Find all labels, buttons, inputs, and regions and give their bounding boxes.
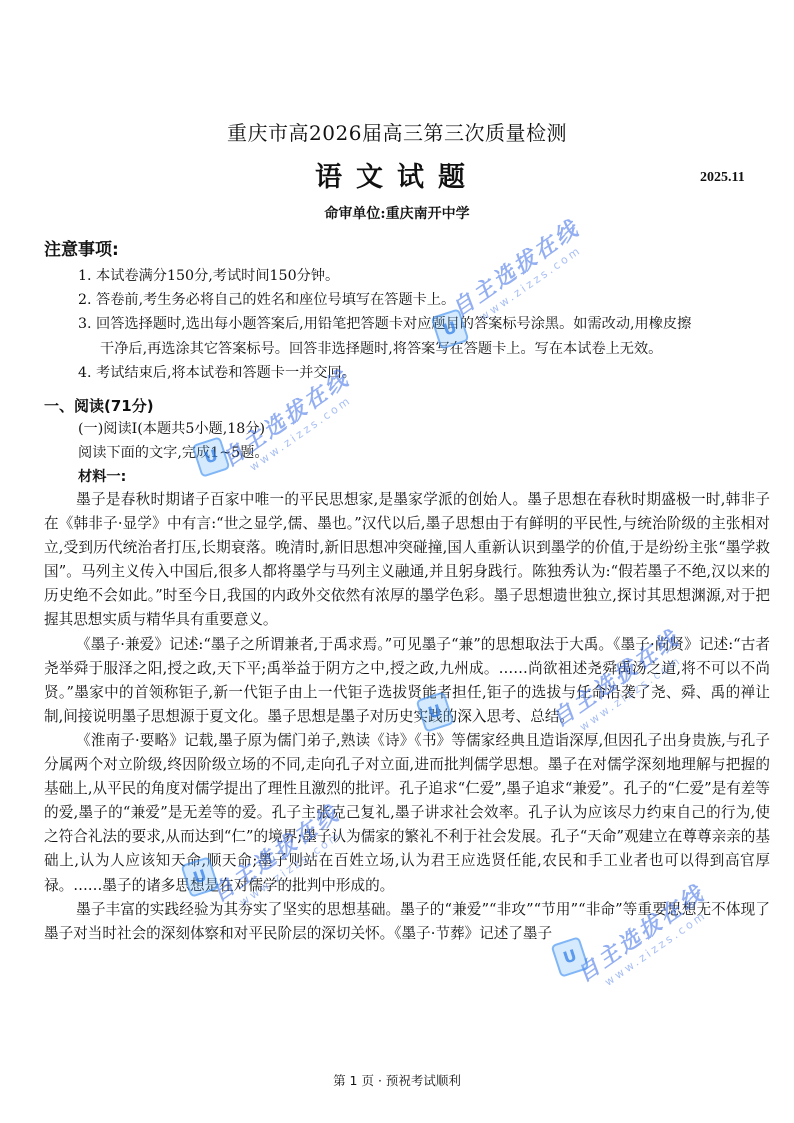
subject-heading: 语文试题 bbox=[0, 155, 794, 194]
notice-item: 1. 本试卷满分150分,考试时间150分钟。 bbox=[78, 264, 778, 288]
notice-item: 3. 回答选择题时,选出每小题答案后,用铅笔把答题卡对应题目的答案标号涂黑。如需… bbox=[78, 312, 778, 336]
paragraph: 墨子是春秋时期诸子百家中唯一的平民思想家,是墨家学派的创始人。墨子思想在春秋时期… bbox=[44, 488, 770, 633]
material-text: 墨子是春秋时期诸子百家中唯一的平民思想家,是墨家学派的创始人。墨子思想在春秋时期… bbox=[44, 488, 770, 946]
notice-item-continuation: 干净后,再选涂其它答案标号。回答非选择题时,将答案写在答题卡上。写在本试卷上无效… bbox=[78, 337, 778, 361]
setting-unit: 命审单位:重庆南开中学 bbox=[0, 203, 794, 223]
section-heading: 一、阅读(71分) bbox=[44, 395, 154, 416]
exam-title: 重庆市高2026届高三第三次质量检测 bbox=[0, 117, 794, 146]
material-label: 材料一: bbox=[78, 466, 126, 486]
paragraph: 墨子丰富的实践经验为其夯实了坚实的思想基础。墨子的“兼爱”“非攻”“节用”“非命… bbox=[44, 898, 770, 946]
notice-item: 4. 考试结束后,将本试卷和答题卡一并交回。 bbox=[78, 361, 778, 385]
notice-list: 1. 本试卷满分150分,考试时间150分钟。 2. 答卷前,考生务必将自己的姓… bbox=[78, 264, 778, 385]
exam-date: 2025.11 bbox=[700, 170, 745, 186]
subsection-heading: (一)阅读Ⅰ(本题共5小题,18分) bbox=[78, 418, 265, 438]
notice-heading: 注意事项: bbox=[44, 235, 119, 260]
reading-instruction: 阅读下面的文字,完成1~5题。 bbox=[78, 442, 269, 462]
paragraph: 《淮南子·要略》记载,墨子原为儒门弟子,熟读《诗》《书》等儒家经典且造诣深厚,但… bbox=[44, 729, 770, 898]
paragraph: 《墨子·兼爱》记述:“墨子之所谓兼者,于禹求焉。”可见墨子“兼”的思想取法于大禹… bbox=[44, 633, 770, 729]
page-footer: 第 1 页 · 预祝考试顺利 bbox=[0, 1071, 794, 1089]
notice-item: 2. 答卷前,考生务必将自己的姓名和座位号填写在答题卡上。 bbox=[78, 288, 778, 312]
